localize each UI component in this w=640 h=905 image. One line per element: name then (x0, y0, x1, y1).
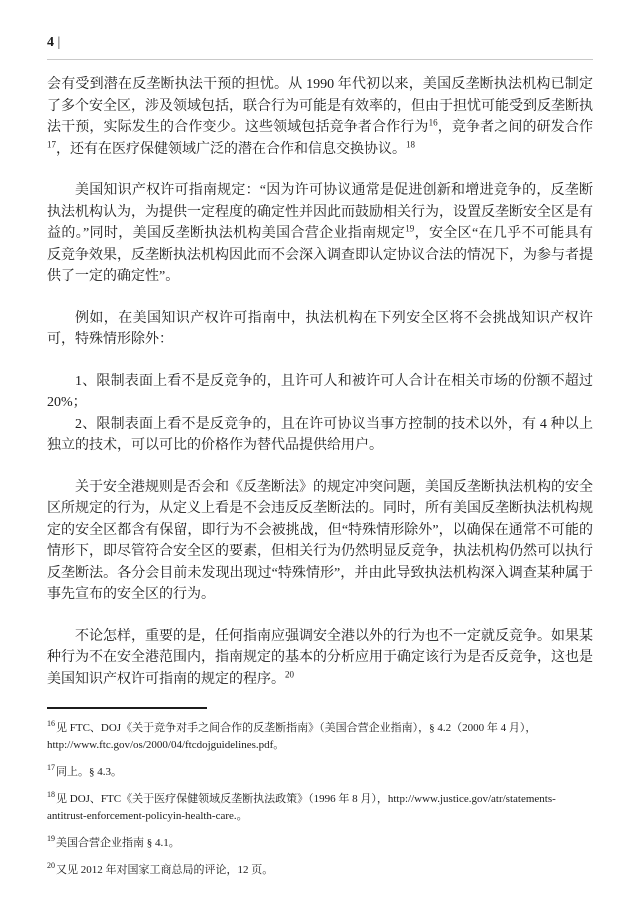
footnote-marker: 16 (47, 719, 55, 728)
text-run: 例如，在美国知识产权许可指南中，执法机构在下列安全区将不会挑战知识产权许可，特殊… (47, 311, 593, 348)
footnote-marker: 17 (47, 763, 55, 772)
text-run: ，还有在医疗保健领域广泛的潜在合作和信息交换协议。 (56, 142, 406, 157)
paragraph-4: 关于安全港规则是否会和《反垄断法》的规定冲突问题，美国反垄断执法机构的安全区所规… (47, 477, 593, 606)
page-number: 4 (47, 35, 55, 50)
footnote-20: 20又见 2012 年对国家工商总局的评论，12 页。 (47, 862, 593, 879)
text-run: 关于安全港规则是否会和《反垄断法》的规定冲突问题，美国反垄断执法机构的安全区所规… (47, 480, 593, 603)
footnotes-section: 16见 FTC、DOJ《关于竞争对手之间合作的反垄断指南》（美国合营企业指南），… (47, 720, 593, 879)
footnote-ref-20: 20 (285, 669, 294, 679)
footnote-ref-19: 19 (405, 223, 414, 233)
paragraph-2: 美国知识产权许可指南规定：“因为许可协议通常是促进创新和增进竞争的，反垄断执法机… (47, 180, 593, 288)
footnote-marker: 20 (47, 861, 55, 870)
page-number-separator: | (58, 35, 61, 50)
footnote-ref-17: 17 (47, 139, 56, 149)
footnote-text: 见 FTC、DOJ《关于竞争对手之间合作的反垄断指南》（美国合营企业指南），§ … (47, 722, 536, 751)
text-run: ，竞争者之间的研发合作 (438, 120, 593, 135)
paragraph-5: 不论怎样，重要的是，任何指南应强调安全港以外的行为也不一定就反竞争。如果某种行为… (47, 626, 593, 691)
footnote-text: 又见 2012 年对国家工商总局的评论，12 页。 (56, 864, 273, 876)
footnote-16: 16见 FTC、DOJ《关于竞争对手之间合作的反垄断指南》（美国合营企业指南），… (47, 720, 593, 754)
footnote-ref-18: 18 (406, 139, 415, 149)
footnote-19: 19美国合营企业指南 § 4.1。 (47, 835, 593, 852)
paragraph-1: 会有受到潜在反垄断执法干预的担忧。从 1990 年代初以来，美国反垄断执法机构已… (47, 74, 593, 160)
footnote-text: 同上。§ 4.3。 (56, 766, 122, 778)
numbered-list: 1、限制表面上看不是反竞争的，且许可人和被许可人合计在相关市场的份额不超过 20… (47, 371, 593, 457)
footnote-ref-16: 16 (429, 117, 438, 127)
list-item-2: 2、限制表面上看不是反竞争的，且在许可协议当事方控制的技术以外，有 4 种以上独… (47, 414, 593, 457)
footnote-text: 美国合营企业指南 § 4.1。 (56, 837, 180, 849)
text-run: 2、限制表面上看不是反竞争的，且在许可协议当事方控制的技术以外，有 4 种以上独… (47, 417, 593, 454)
footnote-marker: 19 (47, 834, 55, 843)
footnote-separator-rule (47, 707, 207, 709)
footnote-marker: 18 (47, 790, 55, 799)
footnote-18: 18见 DOJ、FTC《关于医疗保健领域反垄断执法政策》（1996 年 8 月）… (47, 791, 593, 825)
document-page: 4| 会有受到潜在反垄断执法干预的担忧。从 1990 年代初以来，美国反垄断执法… (0, 0, 640, 905)
page-header: 4| (47, 34, 593, 60)
text-run: 不论怎样，重要的是，任何指南应强调安全港以外的行为也不一定就反竞争。如果某种行为… (47, 629, 593, 687)
footnote-text: 见 DOJ、FTC《关于医疗保健领域反垄断执法政策》（1996 年 8 月），h… (47, 793, 556, 822)
text-run: 1、限制表面上看不是反竞争的，且许可人和被许可人合计在相关市场的份额不超过 20… (47, 374, 593, 411)
paragraph-3: 例如，在美国知识产权许可指南中，执法机构在下列安全区将不会挑战知识产权许可，特殊… (47, 308, 593, 351)
footnote-17: 17同上。§ 4.3。 (47, 764, 593, 781)
document-body: 会有受到潜在反垄断执法干预的担忧。从 1990 年代初以来，美国反垄断执法机构已… (47, 74, 593, 690)
list-item-1: 1、限制表面上看不是反竞争的，且许可人和被许可人合计在相关市场的份额不超过 20… (47, 371, 593, 414)
